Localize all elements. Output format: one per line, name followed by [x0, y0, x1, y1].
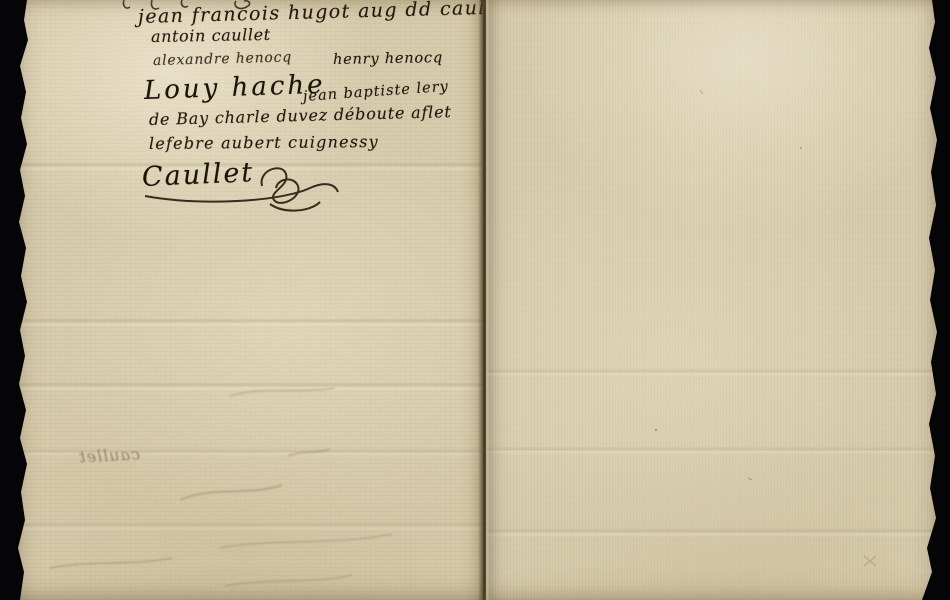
paper-crease	[486, 446, 950, 455]
paper-crease	[0, 448, 484, 457]
right-page: ARCHIVES DÉPARTEMENTALES PAS-DE-CALAIS P…	[486, 0, 950, 600]
signature-antoin-caullet: antoin caullet	[151, 25, 271, 46]
center-fold	[478, 0, 490, 600]
signature-caullet: Caullet	[141, 157, 254, 193]
paper-crease	[0, 318, 484, 327]
signature-jean-francois-hugot-caullet: jean francois hugot aug dd caullet	[138, 0, 516, 28]
signature-alexandre-henocq: alexandre henocq	[153, 49, 292, 69]
bleedthrough-caullet-text: caullet	[78, 444, 141, 466]
paper-crease	[0, 382, 484, 391]
signature-lefebre-aubert-cuignessy: lefebre aubert cuignessy	[149, 132, 379, 153]
scanned-document: jean francois hugot aug dd caullet antoi…	[0, 0, 950, 600]
signature-de-bay-charle-duvez: de Bay charle duvez déboute aflet	[149, 102, 452, 129]
paper-crease	[486, 368, 950, 377]
signature-henry-henocq: henry henocq	[333, 50, 443, 68]
paper-specks-icon	[486, 0, 950, 600]
signature-louy-hache: Louy hache	[143, 70, 325, 106]
caullet-paraph-flourish-icon	[240, 158, 360, 220]
paper-crease	[0, 522, 484, 531]
bleedthrough-faint-lines-icon	[30, 378, 480, 600]
left-page: jean francois hugot aug dd caullet antoi…	[0, 0, 484, 600]
paper-crease	[486, 528, 950, 537]
